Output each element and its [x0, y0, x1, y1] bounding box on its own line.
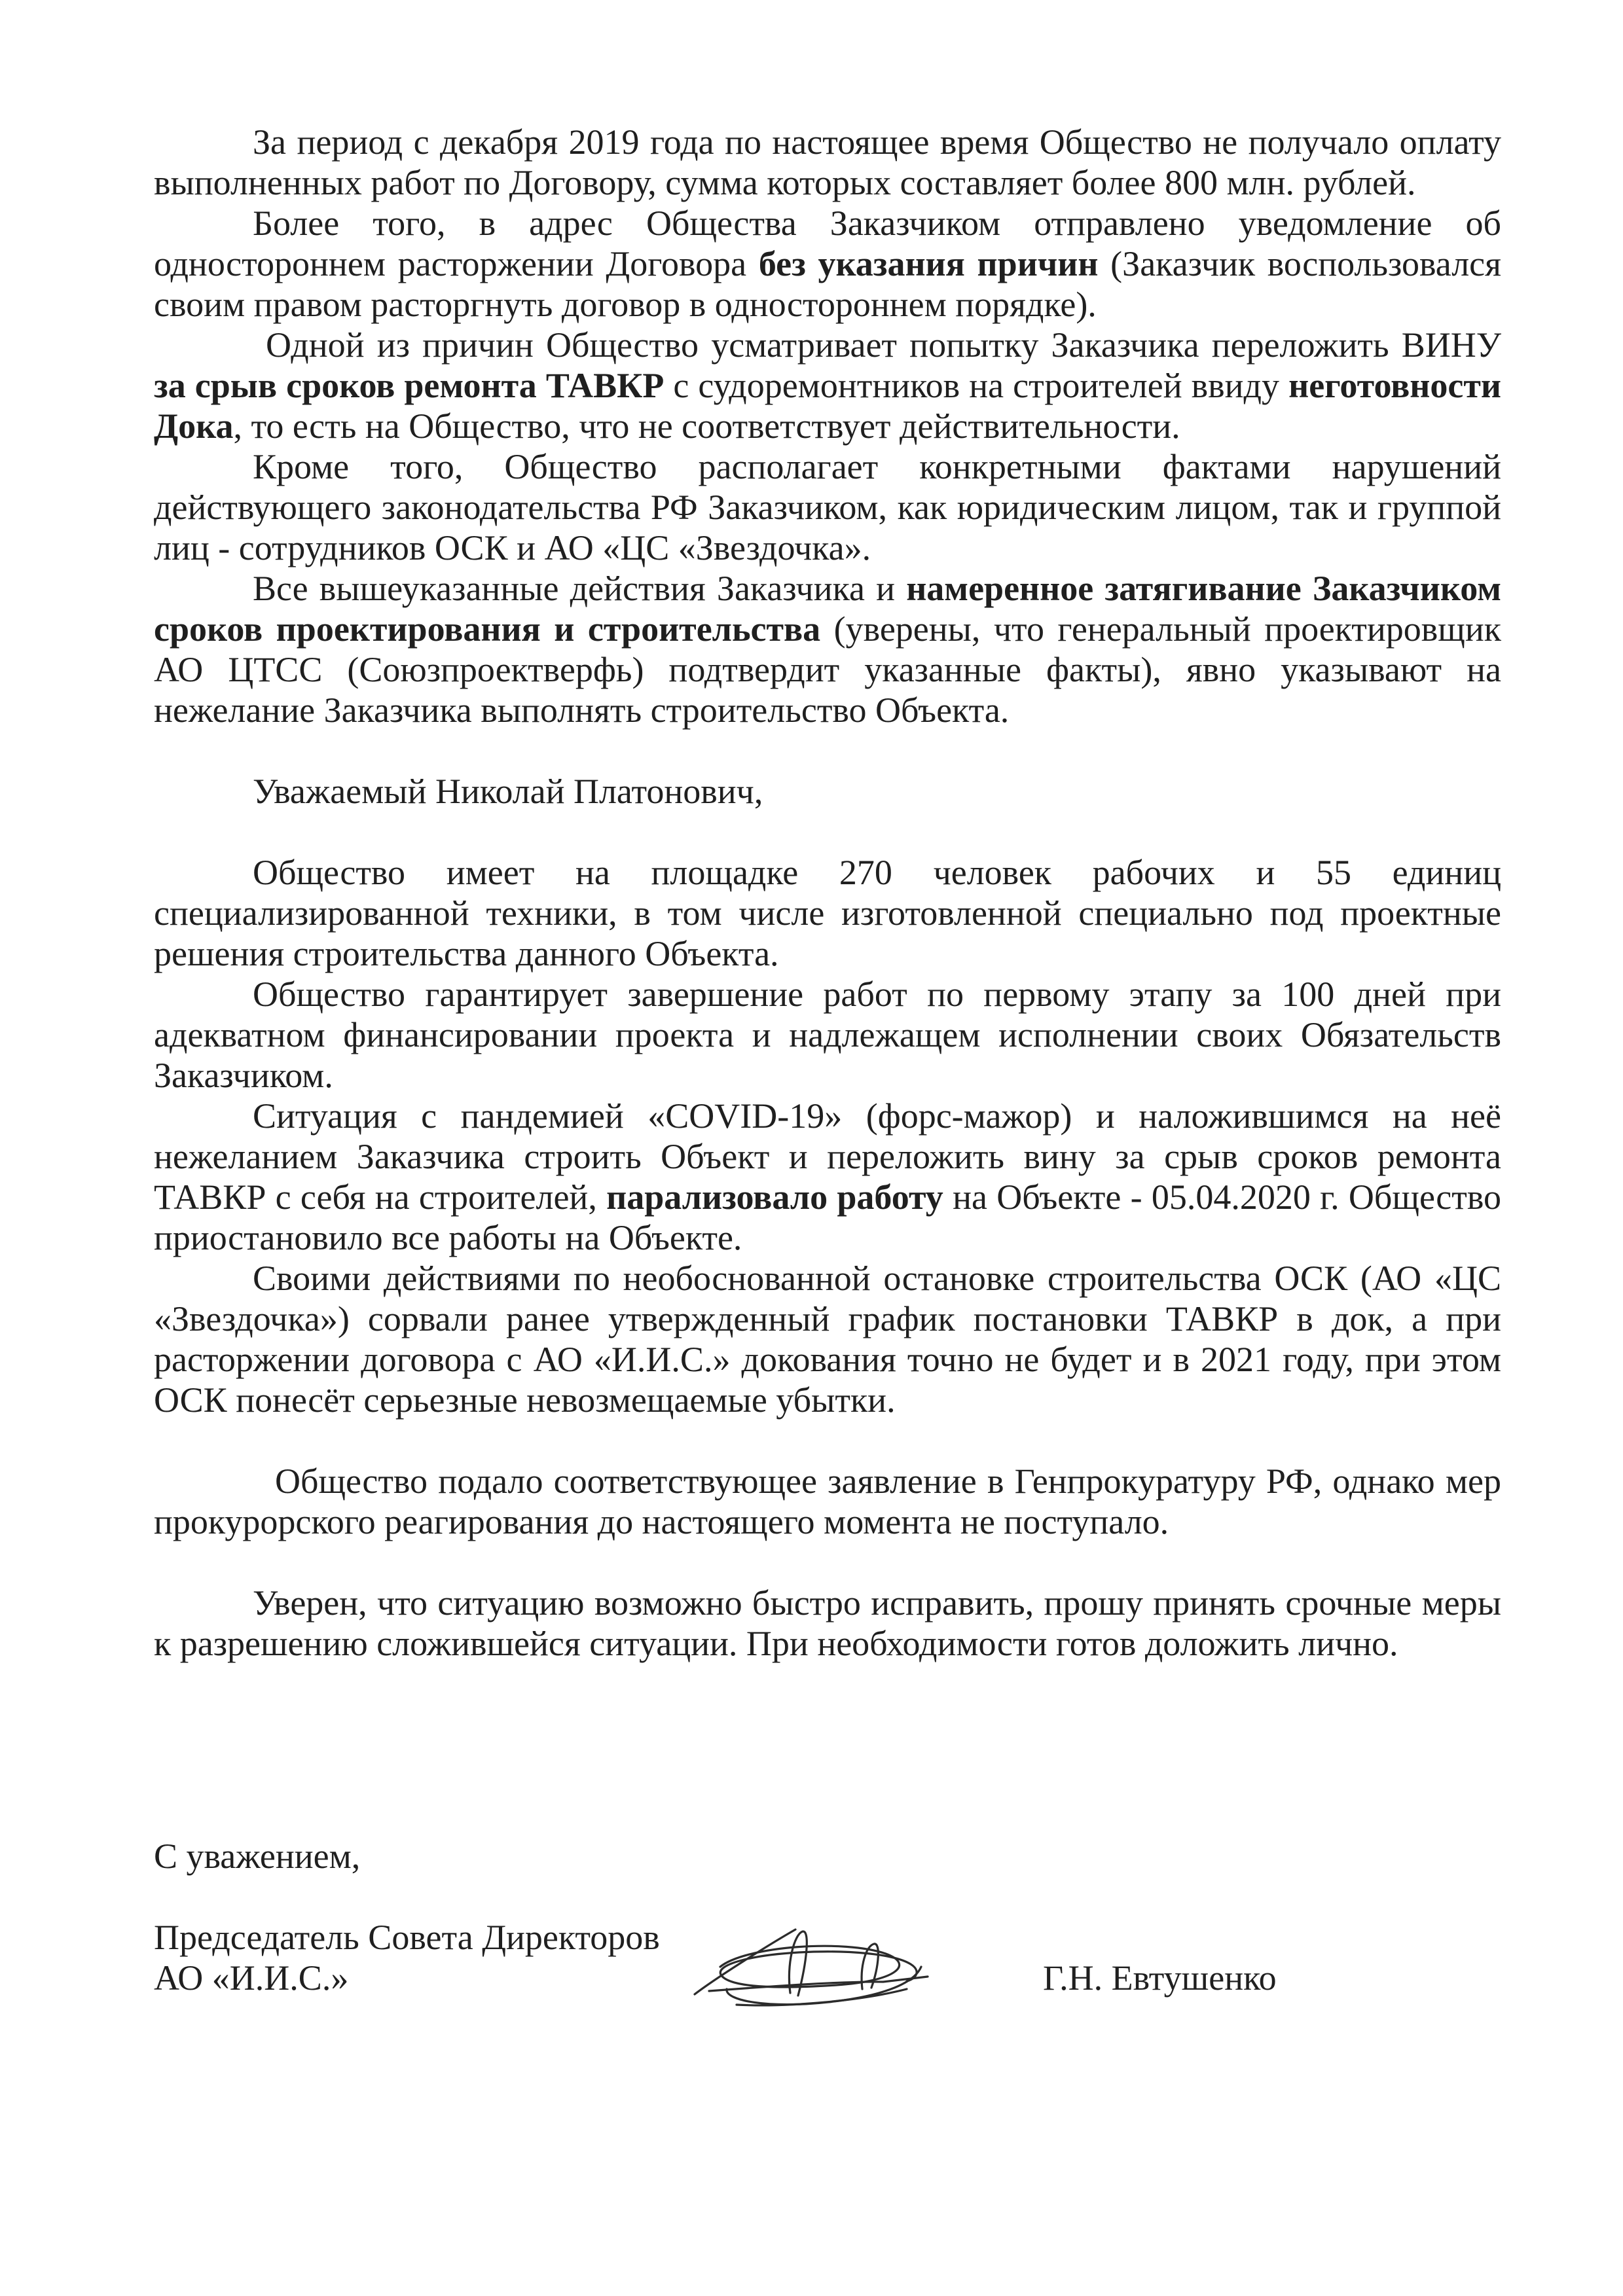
closing-salutation: С уважением,: [154, 1836, 1501, 1876]
bold-text-run: за срыв сроков ремонта ТАВКР: [154, 366, 664, 405]
paragraph: За период с декабря 2019 года по настоящ…: [154, 122, 1501, 203]
bold-text-run: парализовало работу: [606, 1177, 943, 1217]
text-run: , то есть на Общество, что не соответств…: [233, 406, 1180, 446]
bold-text-run: без указания причин: [759, 244, 1099, 283]
closing-block: С уважением, Председатель Совета Директо…: [154, 1836, 1501, 2087]
text-run: За период с декабря 2019 года по настоящ…: [154, 122, 1501, 202]
text-run: с судоремонтников на строителей ввиду: [664, 366, 1288, 405]
text-run: Общество подало соответствующее заявлени…: [154, 1462, 1501, 1541]
text-run: Уверен, что ситуацию возможно быстро исп…: [154, 1583, 1501, 1663]
handwritten-signature-icon: [691, 1926, 932, 2020]
paragraph: Общество подало соответствующее заявлени…: [154, 1461, 1501, 1542]
paragraph: Все вышеуказанные действия Заказчика и н…: [154, 568, 1501, 730]
text-run: Все вышеуказанные действия Заказчика и: [253, 569, 906, 608]
text-run: Кроме того, Общество располагает конкрет…: [154, 447, 1501, 567]
paragraph: Более того, в адрес Общества Заказчиком …: [154, 203, 1501, 325]
paragraph: Общество имеет на площадке 270 человек р…: [154, 852, 1501, 974]
paragraph: Одной из причин Общество усматривает поп…: [154, 325, 1501, 446]
paragraph: Ситуация с пандемией «COVID-19» (форс-ма…: [154, 1096, 1501, 1258]
signature-area: Председатель Совета Директоров АО «И.И.С…: [154, 1917, 1501, 2087]
document-page: За период с декабря 2019 года по настоящ…: [0, 0, 1623, 2296]
text-run: Уважаемый Николай Платонович,: [253, 772, 763, 811]
paragraph: Общество гарантирует завершение работ по…: [154, 974, 1501, 1096]
text-run: Одной из причин Общество усматривает поп…: [266, 325, 1501, 365]
paragraph: Кроме того, Общество располагает конкрет…: [154, 446, 1501, 568]
letter-body: За период с декабря 2019 года по настоящ…: [154, 122, 1501, 1664]
signer-name: Г.Н. Евтушенко: [1043, 1958, 1277, 1998]
text-run: Общество гарантирует завершение работ по…: [154, 975, 1501, 1095]
paragraph: Своими действиями по необоснованной оста…: [154, 1258, 1501, 1420]
text-run: Общество имеет на площадке 270 человек р…: [154, 853, 1501, 973]
text-run: Своими действиями по необоснованной оста…: [154, 1259, 1501, 1420]
paragraph: Уважаемый Николай Платонович,: [154, 771, 1501, 812]
paragraph: Уверен, что ситуацию возможно быстро исп…: [154, 1583, 1501, 1664]
